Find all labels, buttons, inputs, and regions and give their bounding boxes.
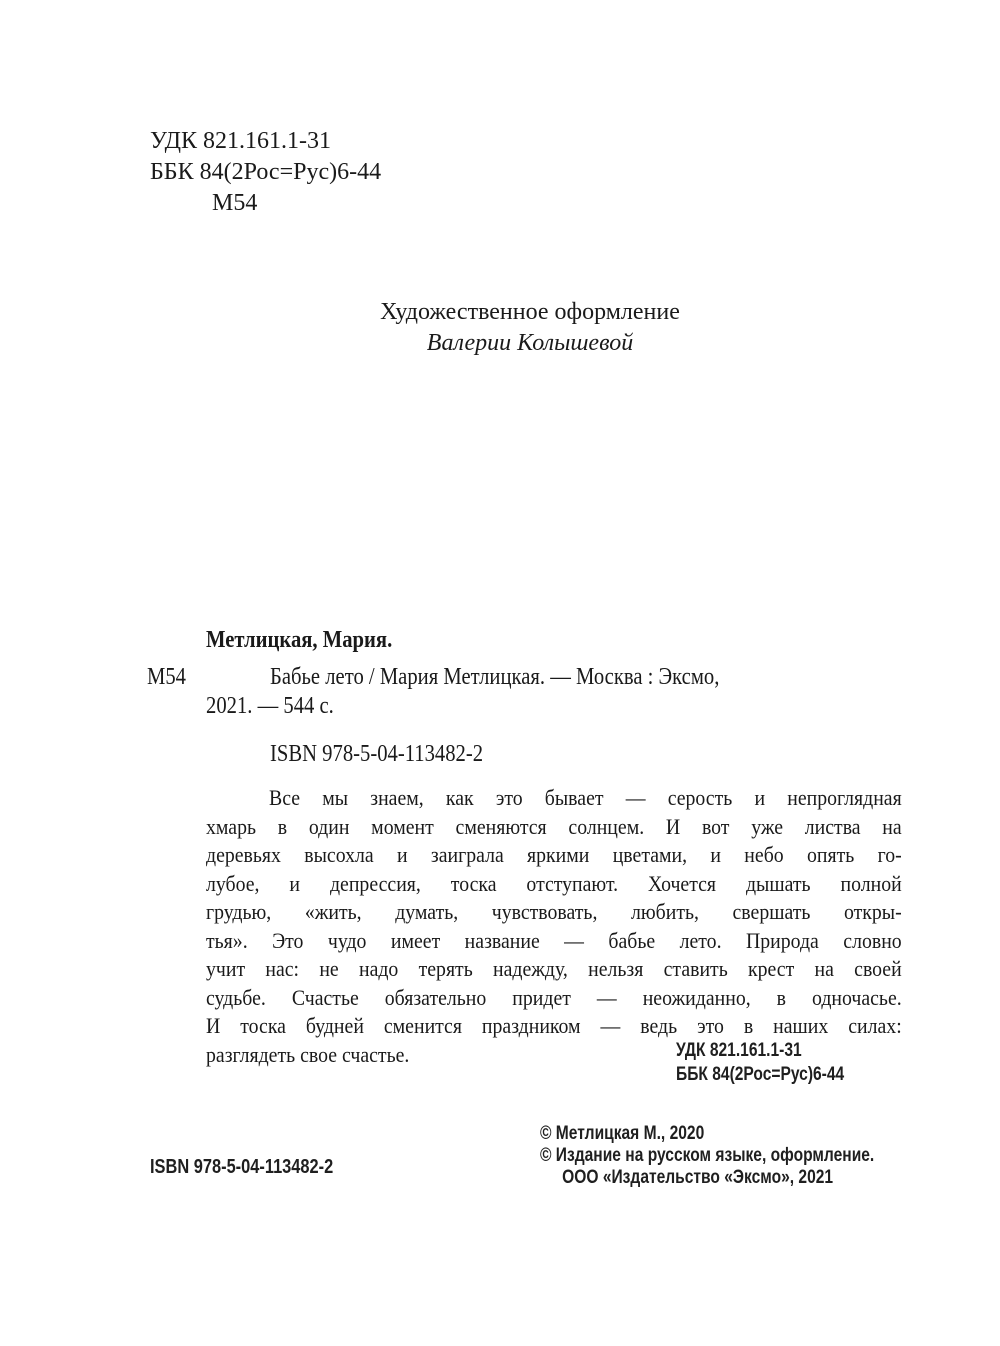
annotation-line: лубое, и депрессия, тоска отступают. Хоч… — [206, 870, 902, 899]
card-author-mark: М54 — [147, 664, 186, 691]
annotation-line: учит нас: не надо терять надежду, нельзя… — [206, 955, 902, 984]
credit-label: Художественное оформление — [300, 297, 760, 328]
annotation-line: деревьях высохла и заиграла яркими цвета… — [206, 841, 902, 870]
copyright-author: © Метлицкая М., 2020 — [540, 1123, 874, 1145]
annotation-line: грудью, «жить, думать, чувствовать, люби… — [206, 898, 902, 927]
annotation-line: Все мы знаем, как это бывает — серость и… — [206, 784, 902, 813]
udk-code: УДК 821.161.1-31 — [150, 126, 381, 157]
annotation-line: тья». Это чудо имеет название — бабье ле… — [206, 927, 902, 956]
bbk-code: ББК 84(2Рос=Рус)6-44 — [150, 157, 381, 188]
credit-artist: Валерии Колышевой — [300, 328, 760, 359]
card-title-line-2: 2021. — 544 с. — [206, 693, 334, 720]
design-credit: Художественное оформление Валерии Колыше… — [300, 297, 760, 359]
author-mark: М54 — [150, 188, 381, 219]
annotation-line: судьбе. Счастье обязательно придет — нео… — [206, 984, 902, 1013]
card-author: Метлицкая, Мария. — [206, 627, 392, 654]
header-classification-codes: УДК 821.161.1-31 ББК 84(2Рос=Рус)6-44 М5… — [150, 126, 381, 219]
card-isbn: ISBN 978-5-04-113482-2 — [270, 741, 483, 768]
book-annotation: Все мы знаем, как это бывает — серость и… — [206, 784, 902, 1069]
annotation-line: И тоска будней сменится праздником — вед… — [206, 1012, 902, 1041]
footer-udk-code: УДК 821.161.1-31 — [676, 1039, 844, 1063]
footer-bbk-code: ББК 84(2Рос=Рус)6-44 — [676, 1063, 844, 1087]
footer-classification-codes: УДК 821.161.1-31 ББК 84(2Рос=Рус)6-44 — [676, 1039, 844, 1087]
copyright-block: © Метлицкая М., 2020 © Издание на русско… — [540, 1123, 874, 1189]
footer-isbn: ISBN 978-5-04-113482-2 — [150, 1156, 333, 1179]
annotation-line: хмарь в один момент сменяются солнцем. И… — [206, 813, 902, 842]
copyright-publisher: ООО «Издательство «Эксмо», 2021 — [540, 1167, 874, 1189]
copyright-edition: © Издание на русском языке, оформление. — [540, 1145, 874, 1167]
card-title-line-1: Бабье лето / Мария Метлицкая. — Москва :… — [270, 664, 719, 691]
